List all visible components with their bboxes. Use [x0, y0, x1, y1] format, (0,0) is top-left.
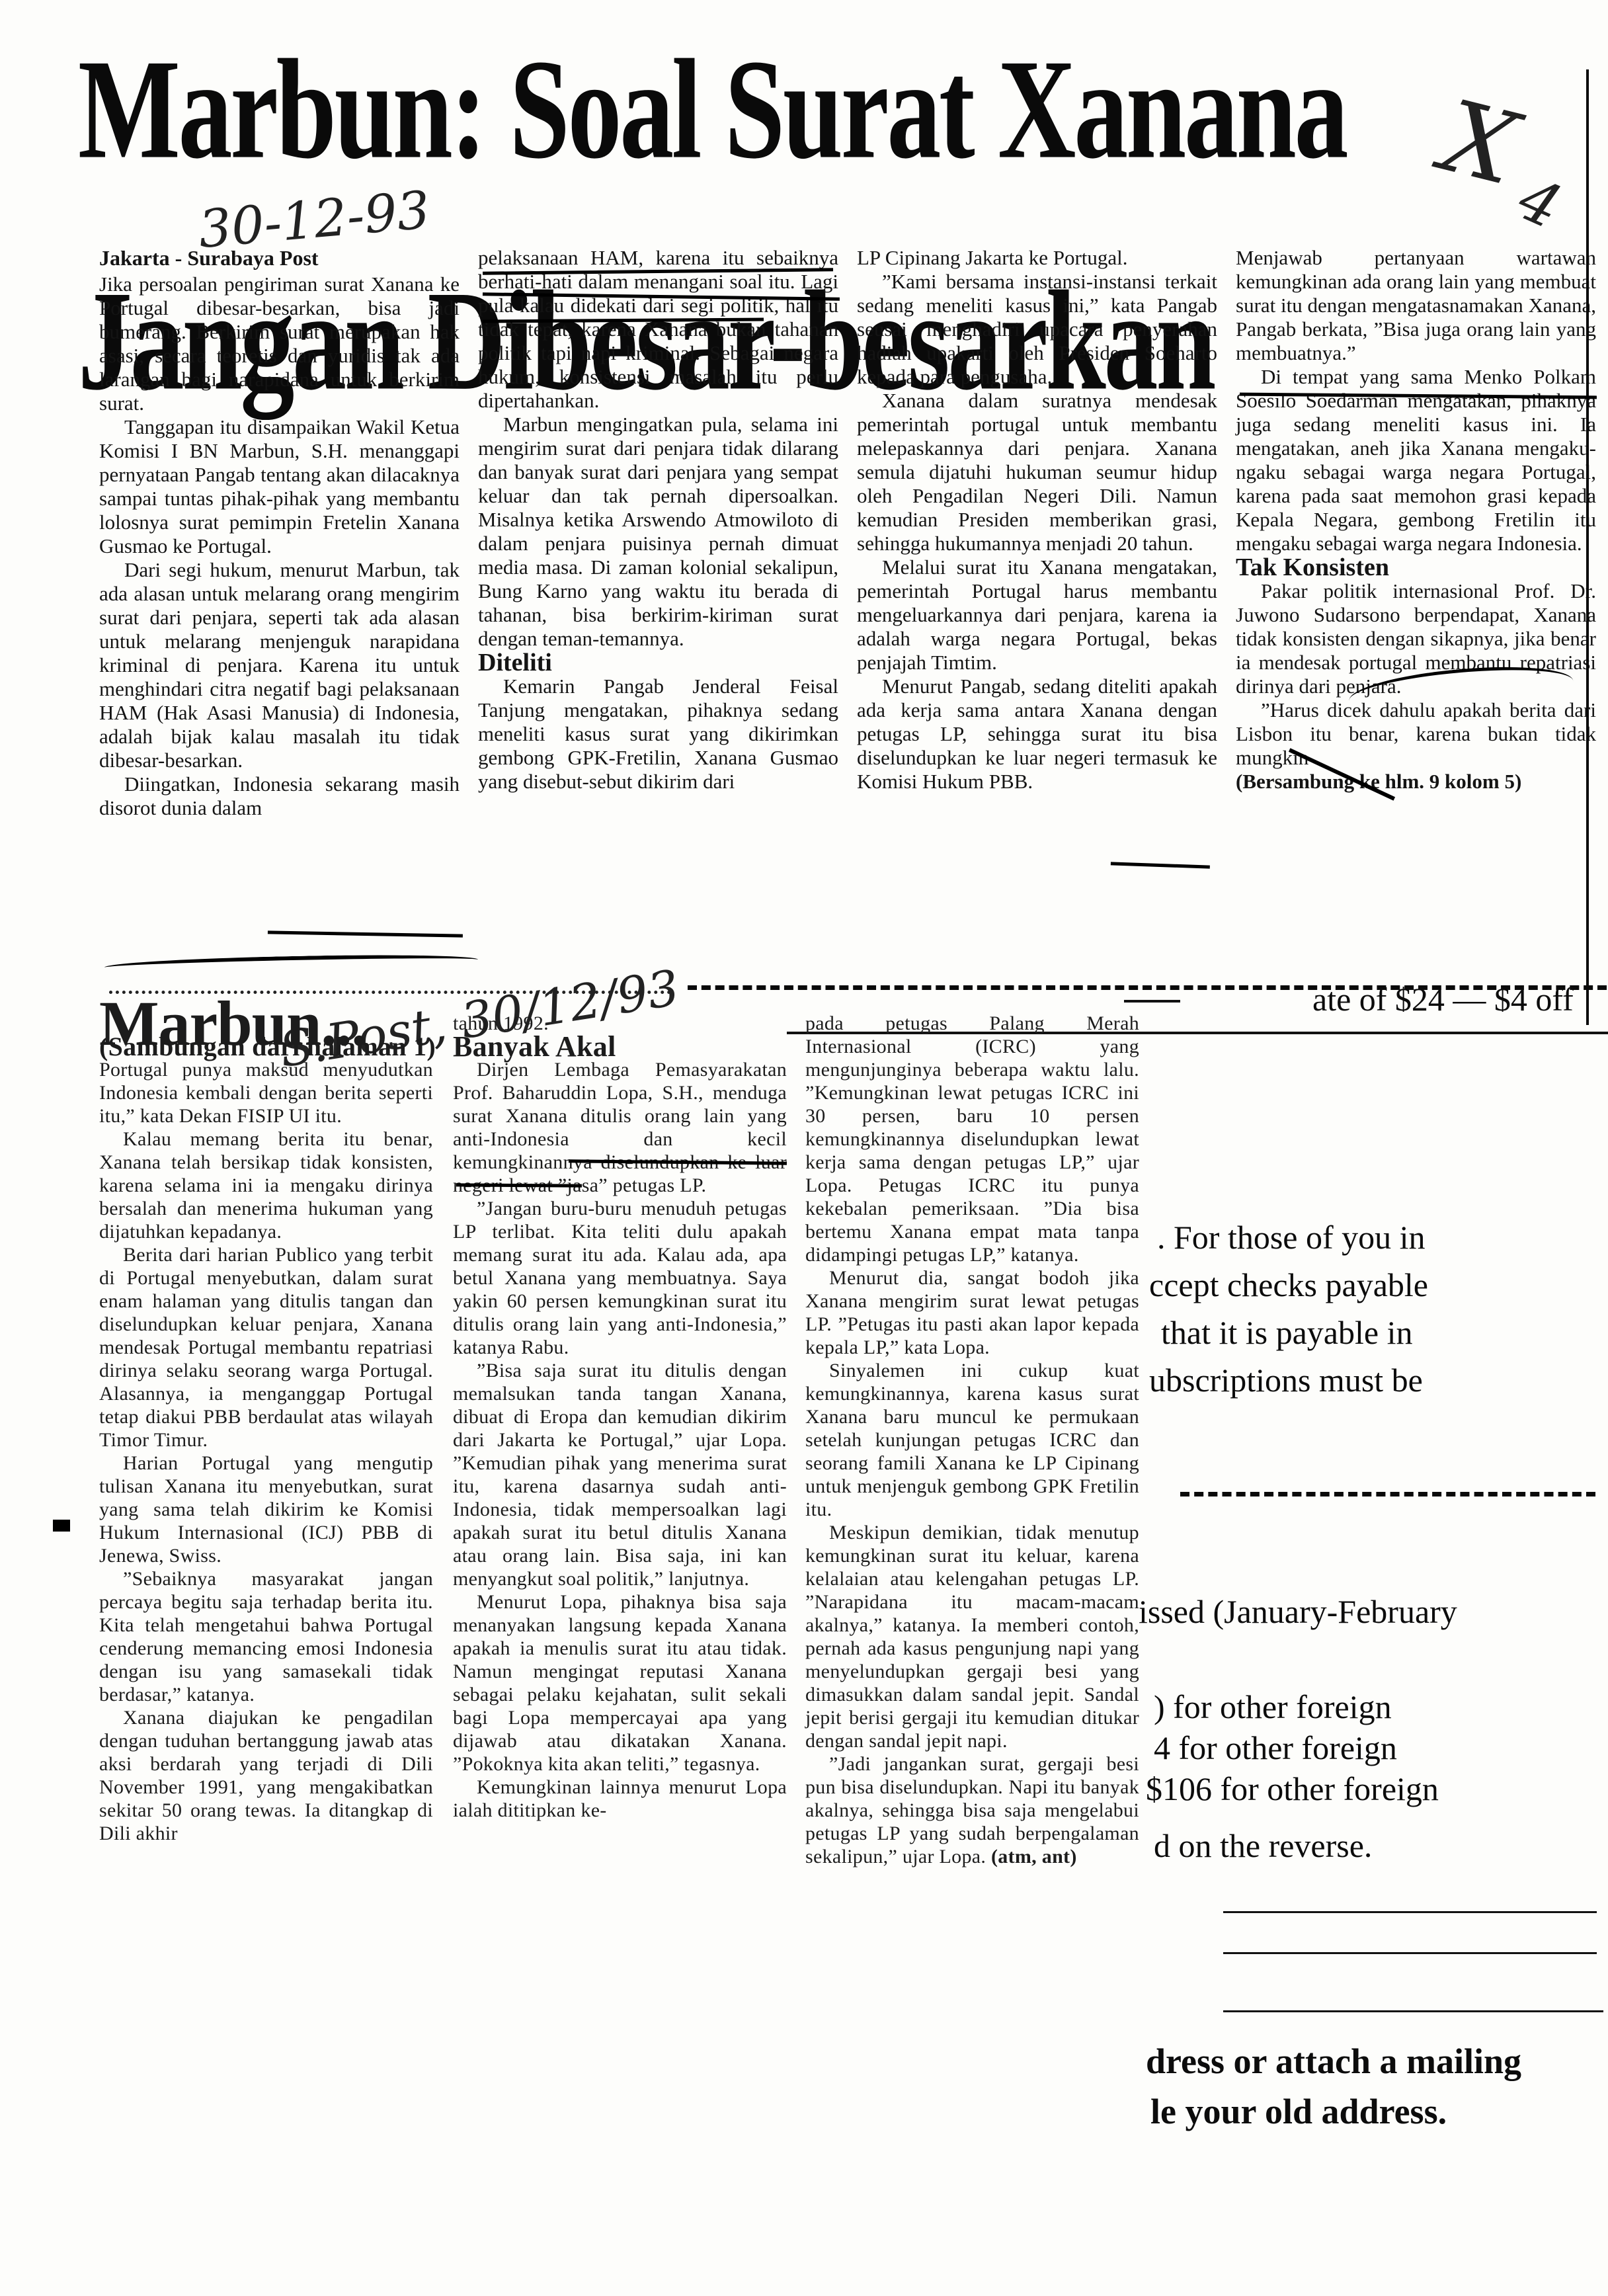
fragment-line: ccept checks payable — [1149, 1266, 1428, 1304]
paragraph: Sinyalemen ini cukup kuat kemungkinannya… — [805, 1359, 1139, 1521]
fragment-price-line: ate of $24 — $4 off — [1312, 980, 1574, 1012]
fragment-line: ) for other foreign — [1154, 1688, 1392, 1726]
paragraph: Portugal punya maksud menyudutkan Indone… — [99, 1058, 433, 1127]
article1-column-2: pelaksanaan HAM, karena itu sebaiknya be… — [478, 246, 838, 794]
paragraph: Dirjen Lembaga Pemasyarakatan Prof. Baha… — [453, 1058, 787, 1197]
subheading: Diteliti — [478, 651, 838, 675]
fragment-dashed-rule — [1180, 1492, 1595, 1496]
column-rule — [1586, 69, 1589, 1025]
paragraph: Kalau memang berita itu benar, Xanana te… — [99, 1127, 433, 1243]
article2-continuation-note: (Sambungan dari halaman 1) — [99, 1035, 433, 1058]
paragraph: Jika persoalan pengiriman surat Xanana k… — [99, 272, 460, 415]
fragment-line: issed (January-February — [1139, 1592, 1457, 1631]
newspaper-page: Marbun: Soal Surat Xanana Jangan Dibesar… — [0, 0, 1608, 2296]
paragraph: ”Bisa saja surat itu ditulis dengan mema… — [453, 1359, 787, 1590]
paragraph: Meskipun demikian, tidak menutup kemungk… — [805, 1521, 1139, 1752]
pen-underline — [268, 925, 463, 937]
paragraph: Diingatkan, Indonesia sekarang masih dis… — [99, 772, 460, 820]
article2-column-3: pada petugas Palang Merah Internasional … — [805, 1012, 1139, 1868]
fragment-line: ubscriptions must be — [1149, 1361, 1423, 1399]
pen-underline — [1111, 856, 1210, 868]
pen-underline — [456, 1178, 582, 1187]
fragment-blank-line — [1223, 2010, 1603, 2012]
paragraph-text: Lopa. — [940, 1846, 986, 1867]
paragraph: Berita dari harian Publico yang terbit d… — [99, 1243, 433, 1452]
paragraph: Kemarin Pangab Jenderal Feisal Tanjung m… — [478, 675, 838, 794]
story-credit: (atm, ant) — [991, 1846, 1077, 1867]
paragraph: Dari segi hukum, menurut Marbun, tak ada… — [99, 558, 460, 772]
paragraph: Menjawab pertanyaan wartawan kemungkinan… — [1236, 246, 1596, 365]
paragraph: ”Jangan buru-buru menuduh petugas LP ter… — [453, 1197, 787, 1359]
paragraph: ”Sebaiknya masyarakat jangan percaya beg… — [99, 1567, 433, 1706]
article1-column-3: LP Cipinang Jakarta ke Portugal. ”Kami b… — [857, 246, 1217, 794]
subheading: Banyak Akal — [453, 1035, 787, 1058]
fragment-blank-line — [1223, 1952, 1597, 1954]
paragraph: Tanggapan itu disampaikan Wakil Ketua Ko… — [99, 415, 460, 558]
paragraph: ”Kami bersama instansi-instansi terkait … — [857, 270, 1217, 389]
article1-column-1: Jakarta - Surabaya Post Jika persoalan p… — [99, 246, 460, 820]
paragraph: Marbun mengingatkan pula, selama ini men… — [478, 413, 838, 651]
paragraph: ”Jadi jangankan surat, gergaji besi pun … — [805, 1752, 1139, 1868]
pen-mark-sub: 4 — [1508, 164, 1571, 243]
fragment-line: d on the reverse. — [1154, 1826, 1372, 1865]
paragraph: Menurut Lopa, pihaknya bisa saja menanya… — [453, 1590, 787, 1776]
margin-bullet — [53, 1520, 70, 1532]
pen-mark-x: X — [1432, 79, 1529, 208]
fragment-line: . For those of you in — [1157, 1218, 1426, 1256]
fragment-line: le your old address. — [1150, 2091, 1447, 2132]
fragment-rule — [1124, 1000, 1180, 1003]
fragment-line: dress or attach a mailing — [1146, 2041, 1521, 2082]
continuation-note: (Bersambung ke hlm. 9 kolom 5) — [1236, 770, 1596, 794]
fragment-text: ate of $24 — $4 off — [1312, 981, 1574, 1012]
article2-column-2: tahun 1992. Banyak Akal Dirjen Lembaga P… — [453, 1012, 787, 1822]
paragraph: Menurut Pangab, sedang diteliti apakah a… — [857, 675, 1217, 794]
pen-underline — [104, 952, 478, 975]
paragraph: LP Cipinang Jakarta ke Portugal. — [857, 246, 1217, 270]
paragraph: pada petugas Palang Merah Internasional … — [805, 1012, 1139, 1266]
fragment-line: 4 for other foreign — [1154, 1729, 1397, 1767]
paragraph: Melalui surat itu Xanana mengatakan, pem… — [857, 555, 1217, 675]
headline-line-1: Marbun: Soal Surat Xanana — [78, 28, 1346, 191]
article2-column-1: Marbun... (Sambungan dari halaman 1) Por… — [99, 1012, 433, 1845]
fragment-blank-line — [1223, 1911, 1597, 1913]
paragraph: Harian Portugal yang mengutip tulisan Xa… — [99, 1452, 433, 1567]
paragraph: Xanana dalam suratnya mendesak pemerinta… — [857, 389, 1217, 555]
paragraph: Kemungkinan lainnya menurut Lopa ialah d… — [453, 1776, 787, 1822]
subheading: Tak Konsisten — [1236, 555, 1596, 579]
fragment-line: that it is payable in — [1161, 1313, 1412, 1352]
byline: Jakarta - Surabaya Post — [99, 246, 460, 270]
fragment-line: $106 for other foreign — [1146, 1770, 1439, 1808]
paragraph: Menurut dia, sangat bodoh jika Xanana me… — [805, 1266, 1139, 1359]
paragraph: Xanana diajukan ke pengadilan dengan tud… — [99, 1706, 433, 1845]
